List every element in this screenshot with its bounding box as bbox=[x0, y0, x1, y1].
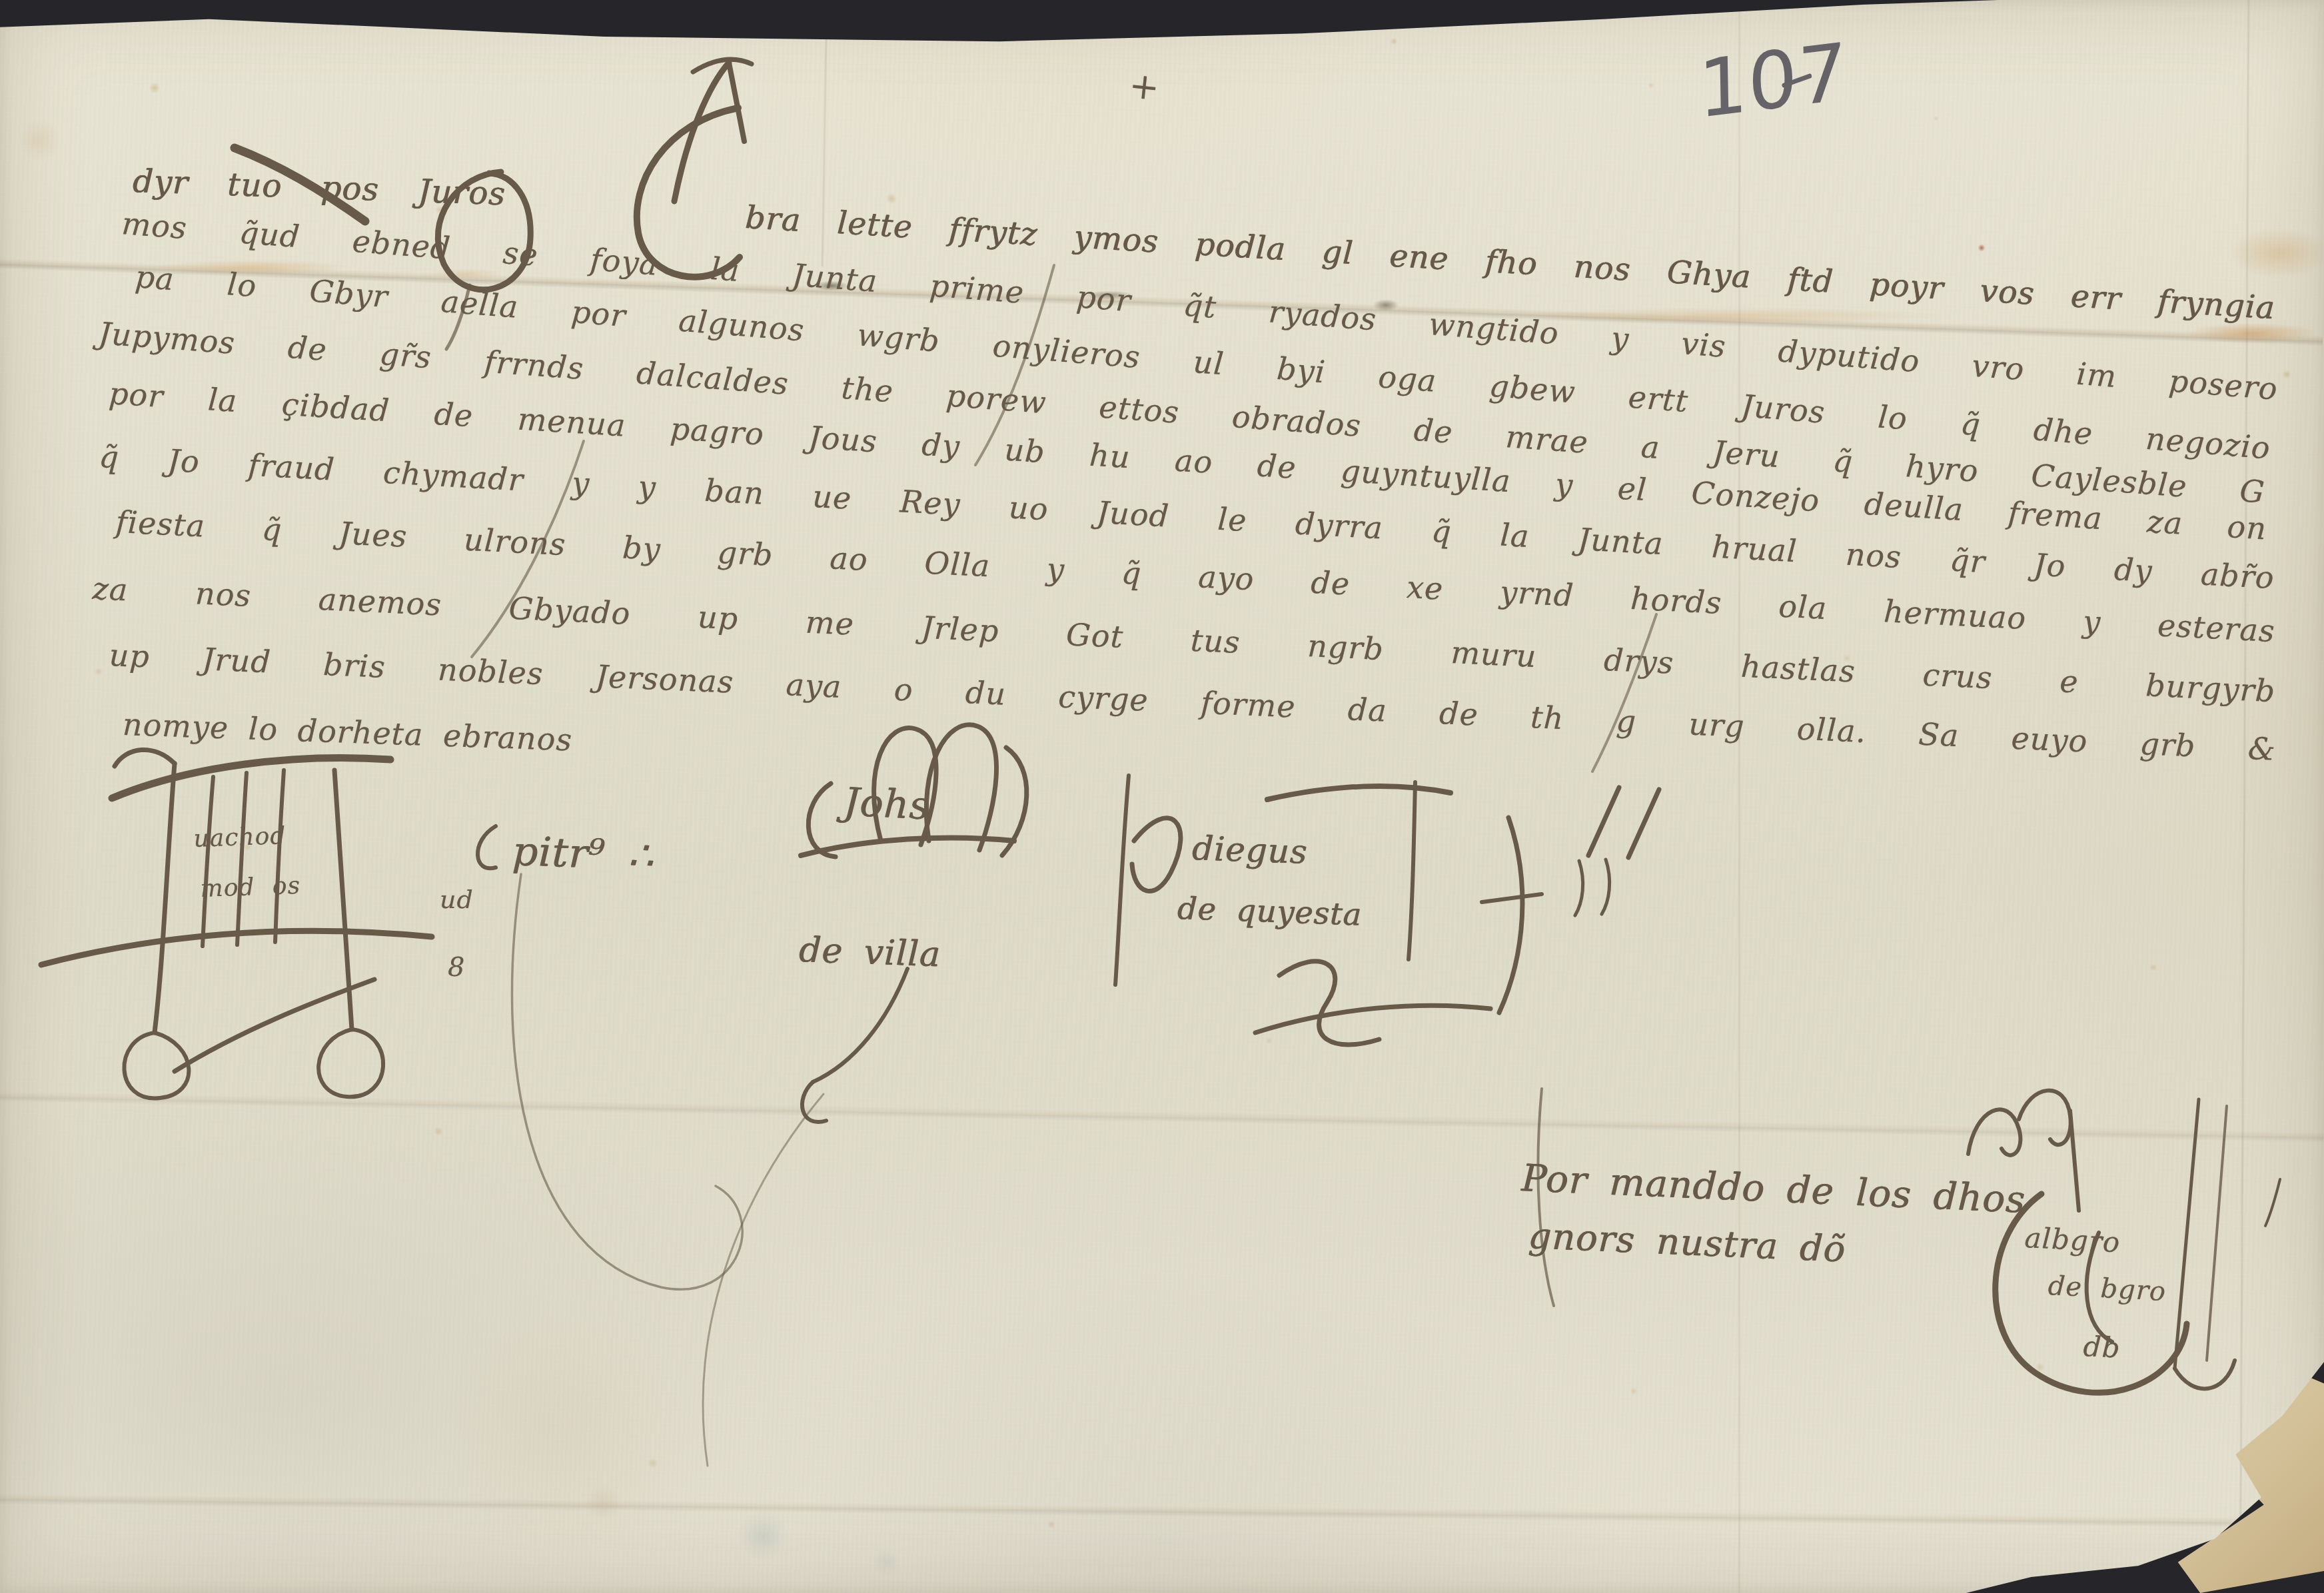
closing-rubric-inner bbox=[2087, 1233, 2112, 1342]
signature-4-f-cross bbox=[1482, 894, 1542, 902]
descender-stroke-1 bbox=[446, 285, 470, 349]
signature-4-left-bar bbox=[1115, 776, 1129, 985]
opening-c-flourish bbox=[637, 108, 740, 277]
closing-vertical-2 bbox=[2207, 1106, 2227, 1360]
double-slash-mark-1 bbox=[1588, 788, 1619, 855]
opening-dash-stroke bbox=[235, 148, 365, 221]
manuscript-page: dyr tuo pos Jurosbra lette ffrytz ymos p… bbox=[0, 0, 2324, 1593]
descender-stroke-2 bbox=[975, 265, 1054, 465]
signature-3-lead-s bbox=[808, 784, 836, 857]
signature-2-lead-loop bbox=[478, 826, 496, 868]
signature-4-f-flourish bbox=[1499, 817, 1522, 1013]
signature-4-p-loop bbox=[1132, 818, 1181, 891]
signature-3-descender bbox=[813, 969, 907, 1082]
closing-lead-stroke bbox=[1538, 1089, 1554, 1306]
signature-1-mid-stem-1 bbox=[203, 777, 213, 946]
ink-flourishes-svg bbox=[0, 0, 2324, 1593]
signature-3-thin-sweep bbox=[703, 1094, 824, 1466]
closing-m-stem bbox=[2070, 1111, 2079, 1211]
closing-far-tick bbox=[2265, 1179, 2280, 1226]
opening-loop bbox=[438, 172, 530, 290]
pencil-page-number: 107 bbox=[1698, 25, 1848, 136]
closing-m-flourish-2 bbox=[2019, 1091, 2071, 1145]
signature-4-right-bar bbox=[1409, 782, 1415, 959]
signature-1-hook bbox=[115, 750, 175, 766]
signature-4-tick-2 bbox=[1602, 859, 1610, 914]
signature-1-diagonal bbox=[175, 979, 374, 1071]
signature-1-top-strike bbox=[112, 758, 390, 798]
signature-4-tick-1 bbox=[1575, 861, 1583, 915]
signature-1-mid-stem-2 bbox=[237, 773, 247, 945]
manuscript-scan: dyr tuo pos Jurosbra lette ffrytz ymos p… bbox=[0, 0, 2324, 1593]
descender-stroke-4 bbox=[1592, 614, 1656, 772]
opening-a-stem bbox=[729, 63, 744, 141]
signature-1-mid-stem-3 bbox=[275, 770, 284, 942]
closing-m-flourish-1 bbox=[1968, 1109, 2020, 1155]
ink-layer: dyr tuo pos Jurosbra lette ffrytz ymos p… bbox=[0, 0, 2324, 1593]
double-slash-mark-2 bbox=[1628, 790, 1659, 857]
closing-rubric-c-sweep bbox=[1996, 1194, 2187, 1392]
signature-1-left-stem bbox=[155, 764, 175, 1033]
signature-4-under-squiggle bbox=[1279, 961, 1379, 1045]
closing-tail-hook bbox=[2175, 1360, 2235, 1388]
signature-1-right-loop bbox=[318, 1029, 383, 1097]
signature-4-top-strike bbox=[1267, 786, 1451, 799]
descender-stroke-3 bbox=[472, 441, 584, 657]
signature-2-long-descender bbox=[512, 874, 742, 1289]
signature-1-left-loop bbox=[124, 1033, 189, 1098]
pencil-page-number-text: 107 bbox=[1698, 25, 1848, 136]
signature-4-under-strike bbox=[1255, 1005, 1490, 1033]
signature-1-cross-strike bbox=[41, 931, 432, 965]
